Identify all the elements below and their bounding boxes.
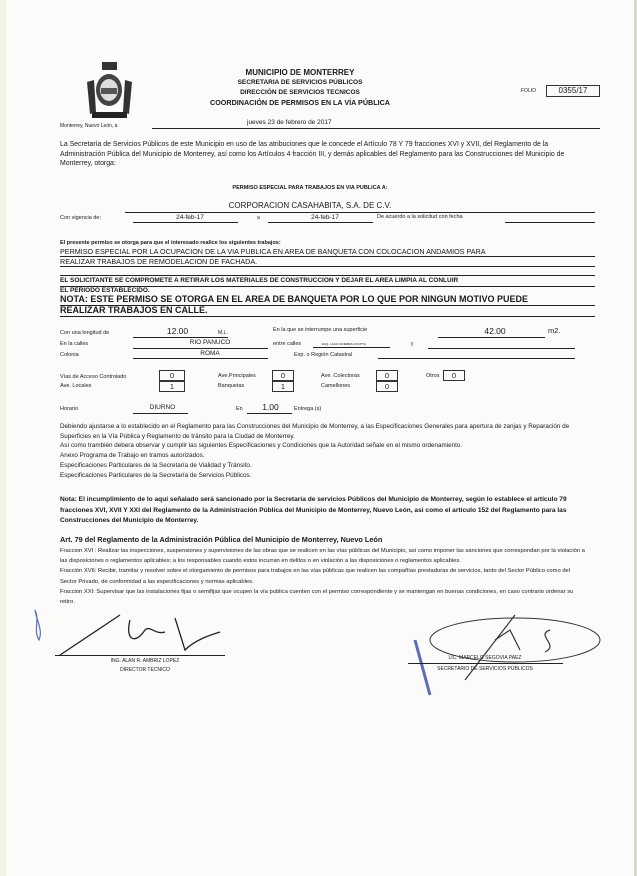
condicion-2: Así como trambién debera observar y cump… — [60, 441, 585, 451]
catastral-label: Exp. o Región Catastral — [294, 352, 352, 358]
fraccion-xvi: Fraccion XVI : Realizar las inspecciones… — [60, 546, 585, 566]
superficie-unit: m2. — [548, 326, 561, 335]
place-label: Monterrey, Nuevo León, a — [60, 123, 117, 129]
locales-label: Ave. Locales — [60, 383, 91, 389]
condicion-1: Debiendo ajustarse a lo establecido en e… — [60, 422, 585, 441]
banquetas-label: Banquetas — [218, 383, 244, 389]
otros-label: Otros — [426, 373, 439, 379]
compromiso-line2: EL PERIODO ESTABLECIDO. — [60, 287, 150, 294]
superficie-label: En la que se interrumpe una superficie — [273, 327, 367, 333]
entregas-label: Entrega (s) — [294, 406, 321, 412]
nota-line2: REALIZAR TRABAJOS EN CALLE. — [60, 305, 208, 315]
company-name: CORPORACION CASAHABITA, S.A. DE C.V. — [180, 201, 440, 210]
nota-line1: NOTA: ESTE PERMISO SE OTORGA EN EL AREA … — [60, 294, 528, 304]
longitud-value: 12.00 — [140, 326, 215, 336]
permit-title: PERMISO ESPECIAL PARA TRABAJOS EN VIA PU… — [180, 185, 440, 191]
acceso-value: 0 — [159, 370, 185, 381]
direccion-title: DIRECCIÓN DE SERVICIOS TECNICOS — [180, 89, 420, 96]
folio-number: 0355/17 — [546, 85, 600, 97]
signer-2-title: SECRETARIO DE SERVICIOS PÚBLICOS — [410, 666, 560, 672]
condicion-4: Especificaciones Particulares de la Secr… — [60, 461, 585, 471]
acceso-label: Vías de Acceso Controlado — [60, 374, 126, 380]
banquetas-value: 1 — [272, 381, 294, 392]
colectoras-value: 0 — [376, 370, 398, 381]
longitud-unit: M.L. — [218, 330, 228, 336]
secretaria-title: SECRETARIA DE SERVICIOS PÚBLICOS — [180, 79, 420, 86]
scan-edge — [0, 0, 6, 876]
camellones-label: Camellones — [321, 383, 350, 389]
superficie-value: 42.00 — [465, 326, 525, 336]
trabajos-label: El presente permiso se otorga para que e… — [60, 240, 281, 246]
intro-text: La Secretaría de Servicios Públicos de e… — [60, 140, 585, 169]
otros-value: 0 — [443, 370, 465, 381]
date: jueves 23 de febrero de 2017 — [247, 119, 332, 126]
articulo-title: Art. 79 del Reglamento de la Administrac… — [60, 535, 382, 544]
colonia-value: ROMA — [160, 350, 260, 357]
coat-of-arms-icon — [82, 62, 137, 122]
vigencia-from: 24-feb-17 — [150, 214, 230, 221]
principales-label: Ave.Principales — [218, 373, 256, 379]
entre1-value: ESQ. LAGO GINEBRA (20 MTS) — [322, 342, 366, 346]
entregas-value: 1.00 — [248, 402, 293, 412]
horario-label: Horario — [60, 406, 78, 412]
condicion-5: Especificaciones Particulares de la Secr… — [60, 471, 585, 481]
coordinacion-title: COORDINACIÓN DE PERMISOS EN LA VÍA PÚBLI… — [180, 98, 420, 107]
trabajos-line1: PERMISO ESPECIAL POR LA OCUPACION DE LA … — [60, 247, 486, 256]
fracciones-block: Fraccion XVI : Realizar las inspecciones… — [60, 546, 585, 607]
horario-value: DIURNO — [135, 404, 190, 411]
trabajos-line2: REALIZAR TRABAJOS DE REMODELACION DE FAC… — [60, 257, 257, 266]
vigencia-to-label: a — [257, 215, 260, 221]
nota-sancion: Nota: El incumplimiento de lo aquí señal… — [60, 495, 585, 527]
signer-1-name: ING. ALAN R. AMBRIZ LOPEZ — [60, 658, 230, 664]
signer-2-name: LIC. MARCELO SEGOVIA PAEZ — [410, 655, 560, 661]
fraccion-xvii: Fracción XVII: Recibir, tramitar y resol… — [60, 566, 585, 586]
longitud-label: Con una longitud de — [60, 330, 109, 336]
calle-value: RIO PANUCO — [160, 339, 260, 346]
vigencia-to: 24-feb-17 — [290, 214, 360, 221]
signer-1-title: DIRECTOR TECNICO — [60, 667, 230, 673]
en-label: En — [236, 406, 243, 412]
colonia-label: Colonia — [60, 352, 79, 358]
municipio-title: MUNICIPIO DE MONTERREY — [180, 68, 420, 77]
condiciones-block: Debiendo ajustarse a lo establecido en e… — [60, 422, 585, 480]
condicion-3: Anexo Programa de Trabajo en tramos auto… — [60, 451, 585, 461]
calles-label: En la calles — [60, 341, 88, 347]
principales-value: 0 — [272, 370, 294, 381]
vigencia-label: Con vigencia de: — [60, 215, 101, 221]
signature-left-icon — [25, 600, 225, 660]
compromiso-line1: EL SOLICITANTE SE COMPROMETE A RETIRAR L… — [60, 277, 458, 284]
entre-label: entre calles — [273, 341, 301, 347]
solicitud-label: De acuerdo a la solicitud con fecha — [377, 214, 463, 220]
locales-value: 1 — [159, 381, 185, 392]
camellones-value: 0 — [376, 381, 398, 392]
y-label: y — [411, 341, 414, 347]
colectoras-label: Ave. Colectoras — [321, 373, 360, 379]
folio-label: FOLIO — [521, 88, 536, 94]
